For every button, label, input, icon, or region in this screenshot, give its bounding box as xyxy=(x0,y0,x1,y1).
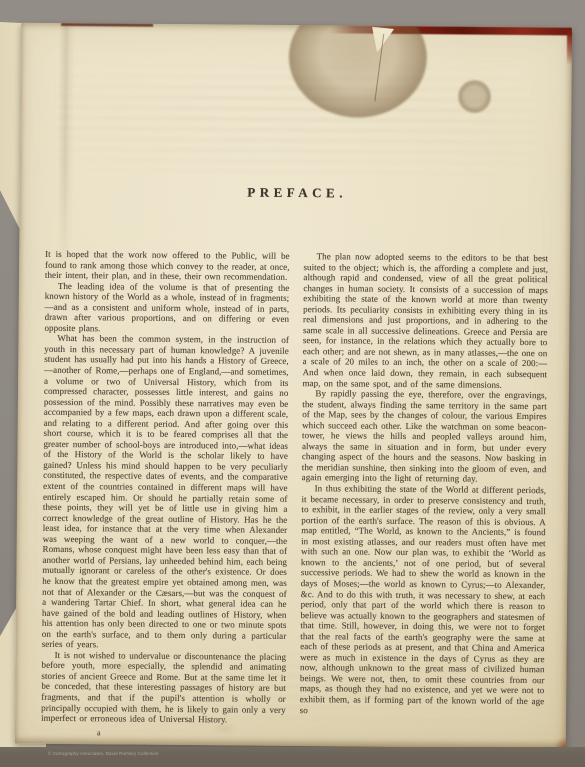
paragraph: It is hoped that the work now offered to… xyxy=(45,249,290,283)
page-title: PREFACE. xyxy=(46,183,549,203)
paragraph: In thus exhibiting the state of the Worl… xyxy=(300,483,547,717)
bottom-shelf xyxy=(0,747,585,767)
watermark-caption: © Cartography Associates, David Rumsey C… xyxy=(48,751,159,756)
stain-large xyxy=(288,23,427,119)
paragraph: By rapidly passing the eye, therefore, o… xyxy=(302,388,547,485)
page-content: PREFACE. It is hoped that the work now o… xyxy=(41,183,549,741)
paragraph: The plan now adopted seems to the editor… xyxy=(302,251,548,390)
left-column: It is hoped that the work now offered to… xyxy=(41,249,290,739)
stain-small xyxy=(457,79,491,113)
signature-mark: a xyxy=(97,728,286,739)
paragraph: It is not wished to undervalue or discou… xyxy=(41,650,286,726)
right-column: The plan now adopted seems to the editor… xyxy=(299,251,548,741)
paragraph: What has been the common system, in the … xyxy=(42,333,289,652)
text-columns: It is hoped that the work now offered to… xyxy=(41,249,548,741)
book-page: PREFACE. It is hoped that the work now o… xyxy=(15,23,572,749)
scan-background: PREFACE. It is hoped that the work now o… xyxy=(0,0,585,767)
paragraph: The leading idea of the volume is that o… xyxy=(44,280,289,335)
red-marbled-edge-corner xyxy=(567,31,572,65)
